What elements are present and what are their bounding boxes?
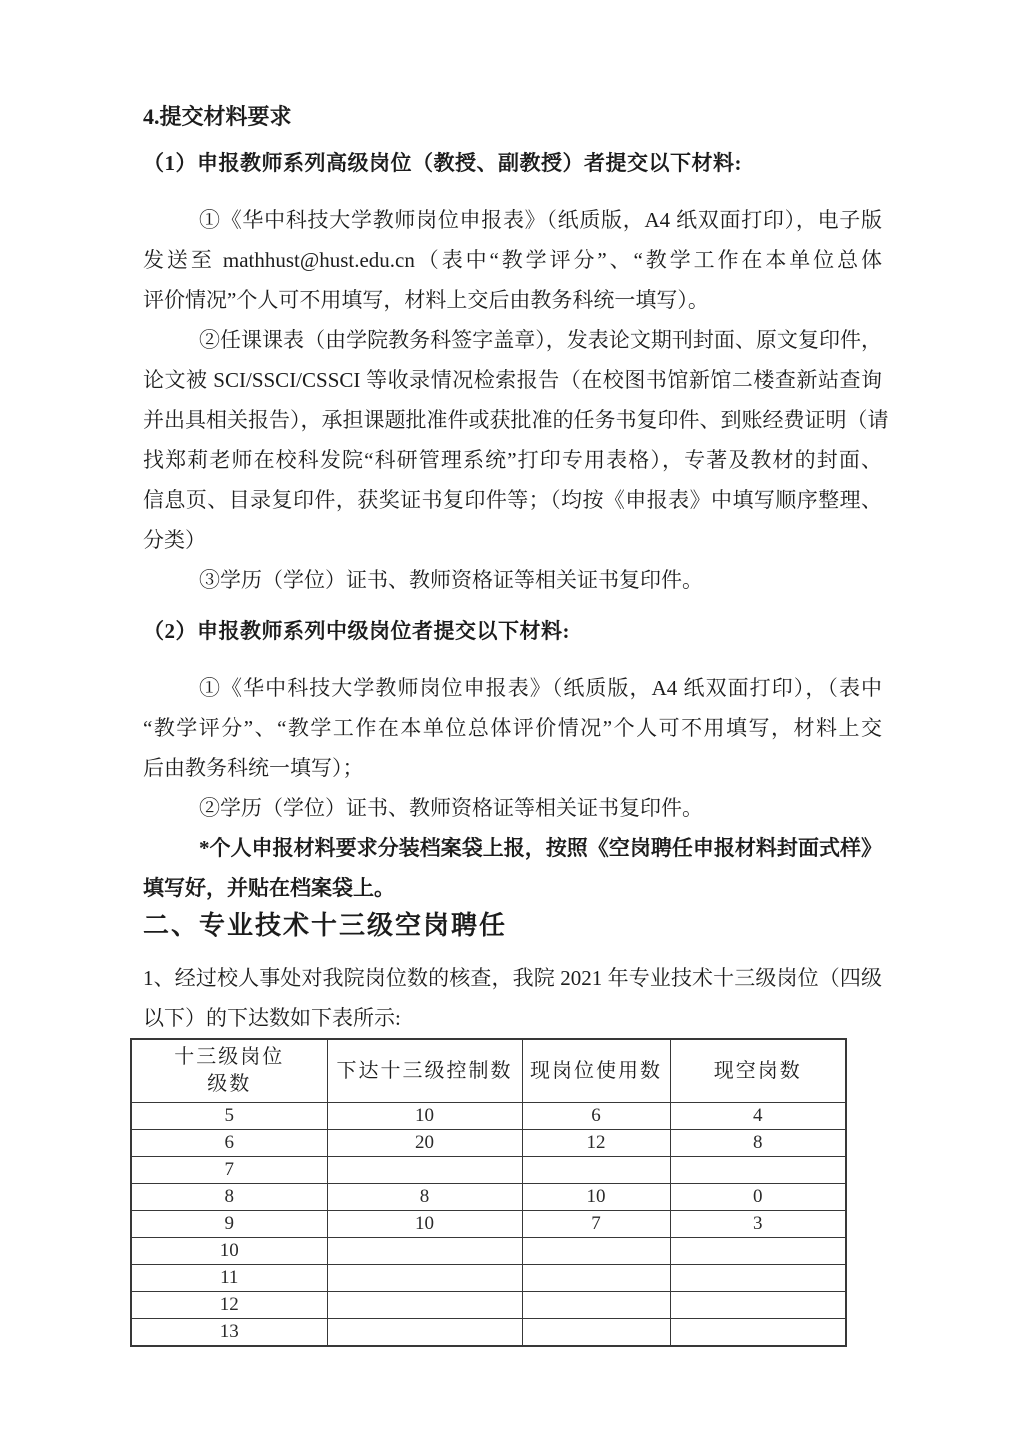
document-body: 4.提交材料要求 （1）申报教师系列高级岗位（教授、副教授）者提交以下材料: ①… — [0, 0, 1024, 1347]
paragraph-line: ③学历（学位）证书、教师资格证等相关证书复印件。 — [143, 560, 882, 600]
paragraph-line: ①《华中科技大学教师岗位申报表》（纸质版，A4 纸双面打印），电子版 — [143, 200, 882, 240]
paragraph-line: 信息页、目录复印件，获奖证书复印件等；（均按《申报表》中填写顺序整理、 — [143, 480, 882, 520]
section-4-heading: 4.提交材料要求 — [143, 102, 882, 132]
table-row: 51064 — [131, 1103, 846, 1130]
paragraph-senior-item-1: ①《华中科技大学教师岗位申报表》（纸质版，A4 纸双面打印），电子版 发送至 m… — [143, 200, 882, 320]
paragraph-line: 填写好，并贴在档案袋上。 — [143, 868, 882, 908]
table-row: 88100 — [131, 1184, 846, 1211]
paragraph-line: 分类） — [143, 520, 882, 560]
paragraph-note: *个人申报材料要求分装档案袋上报，按照《空岗聘任申报材料封面式样》 填写好，并贴… — [143, 828, 882, 908]
table-header-line: 十三级岗位 — [132, 1044, 327, 1071]
paragraph-line: ①《华中科技大学教师岗位申报表》（纸质版，A4 纸双面打印），（表中 — [143, 668, 882, 708]
paragraph-line: 以下）的下达数如下表所示: — [143, 998, 882, 1038]
table-cell: 4 — [670, 1103, 846, 1130]
table-header-grade: 十三级岗位 级数 — [131, 1039, 327, 1103]
document-page: 4.提交材料要求 （1）申报教师系列高级岗位（教授、副教授）者提交以下材料: ①… — [0, 0, 1024, 1448]
table-cell — [670, 1292, 846, 1319]
paragraph-senior-item-3: ③学历（学位）证书、教师资格证等相关证书复印件。 — [143, 560, 882, 600]
table-cell — [670, 1265, 846, 1292]
paragraph-line: “教学评分”、“教学工作在本单位总体评价情况”个人可不用填写，材料上交 — [143, 708, 882, 748]
table-row: 620128 — [131, 1130, 846, 1157]
table-cell: 10 — [131, 1238, 327, 1265]
table-cell — [522, 1292, 670, 1319]
paragraph-line: *个人申报材料要求分装档案袋上报，按照《空岗聘任申报材料封面式样》 — [143, 828, 882, 868]
paragraph-quota-intro: 1、经过校人事处对我院岗位数的核查，我院 2021 年专业技术十三级岗位（四级 … — [143, 958, 882, 1038]
table-cell: 5 — [131, 1103, 327, 1130]
table-row: 12 — [131, 1292, 846, 1319]
table-cell: 10 — [522, 1184, 670, 1211]
subsection-2-heading: （2）申报教师系列中级岗位者提交以下材料: — [143, 616, 882, 646]
table-cell: 6 — [131, 1130, 327, 1157]
table-cell — [327, 1238, 522, 1265]
table-row: 10 — [131, 1238, 846, 1265]
paragraph-intermediate-item-2: ②学历（学位）证书、教师资格证等相关证书复印件。 — [143, 788, 882, 828]
table-cell: 20 — [327, 1130, 522, 1157]
paragraph-line: 评价情况”个人可不用填写，材料上交后由教务科统一填写）。 — [143, 280, 882, 320]
paragraph-line: ②学历（学位）证书、教师资格证等相关证书复印件。 — [143, 788, 882, 828]
table-cell: 12 — [522, 1130, 670, 1157]
paragraph-line: 找郑莉老师在校科发院“科研管理系统”打印专用表格），专著及教材的封面、 — [143, 440, 882, 480]
table-cell — [327, 1157, 522, 1184]
table-cell: 11 — [131, 1265, 327, 1292]
table-cell: 9 — [131, 1211, 327, 1238]
table-cell: 8 — [327, 1184, 522, 1211]
paragraph-line: 后由教务科统一填写）； — [143, 748, 882, 788]
section-2-heading: 二、专业技术十三级空岗聘任 — [143, 908, 882, 944]
table-cell — [522, 1319, 670, 1347]
paragraph-line: 并出具相关报告），承担课题批准件或获批准的任务书复印件、到账经费证明（请 — [143, 400, 882, 440]
table-cell — [327, 1292, 522, 1319]
paragraph-intermediate-item-1: ①《华中科技大学教师岗位申报表》（纸质版，A4 纸双面打印），（表中 “教学评分… — [143, 668, 882, 788]
table-row: 7 — [131, 1157, 846, 1184]
table-cell — [670, 1238, 846, 1265]
paragraph-line: 1、经过校人事处对我院岗位数的核查，我院 2021 年专业技术十三级岗位（四级 — [143, 958, 882, 998]
table-header-used-count: 现岗位使用数 — [522, 1039, 670, 1103]
table-cell — [522, 1265, 670, 1292]
table-cell: 10 — [327, 1211, 522, 1238]
subsection-1-heading: （1）申报教师系列高级岗位（教授、副教授）者提交以下材料: — [143, 148, 882, 178]
table-cell — [670, 1157, 846, 1184]
table-row: 11 — [131, 1265, 846, 1292]
table-cell: 7 — [131, 1157, 327, 1184]
table-cell: 8 — [131, 1184, 327, 1211]
table-header-line: 级数 — [132, 1071, 327, 1098]
table-cell: 6 — [522, 1103, 670, 1130]
table-cell — [522, 1238, 670, 1265]
positions-table: 十三级岗位 级数 下达十三级控制数 现岗位使用数 现空岗数 5106462012… — [130, 1038, 847, 1347]
table-cell — [327, 1265, 522, 1292]
table-header-vacant-count: 现空岗数 — [670, 1039, 846, 1103]
table-cell: 12 — [131, 1292, 327, 1319]
paragraph-line: 论文被 SCI/SSCI/CSSCI 等收录情况检索报告（在校图书馆新馆二楼查新… — [143, 360, 882, 400]
table-cell: 8 — [670, 1130, 846, 1157]
paragraph-line: 发送至 mathhust@hust.edu.cn（表中“教学评分”、“教学工作在… — [143, 240, 882, 280]
table-row: 13 — [131, 1319, 846, 1347]
table-cell: 7 — [522, 1211, 670, 1238]
table-cell — [522, 1157, 670, 1184]
table-row: 91073 — [131, 1211, 846, 1238]
table-body: 510646201287881009107310111213 — [131, 1103, 846, 1347]
paragraph-senior-item-2: ②任课课表（由学院教务科签字盖章），发表论文期刊封面、原文复印件， 论文被 SC… — [143, 320, 882, 560]
table-cell: 10 — [327, 1103, 522, 1130]
table-cell — [670, 1319, 846, 1347]
table-cell: 0 — [670, 1184, 846, 1211]
paragraph-line: ②任课课表（由学院教务科签字盖章），发表论文期刊封面、原文复印件， — [143, 320, 882, 360]
table-cell — [327, 1319, 522, 1347]
table-header-control-count: 下达十三级控制数 — [327, 1039, 522, 1103]
table-cell: 13 — [131, 1319, 327, 1347]
table-header-row: 十三级岗位 级数 下达十三级控制数 现岗位使用数 现空岗数 — [131, 1039, 846, 1103]
table-cell: 3 — [670, 1211, 846, 1238]
